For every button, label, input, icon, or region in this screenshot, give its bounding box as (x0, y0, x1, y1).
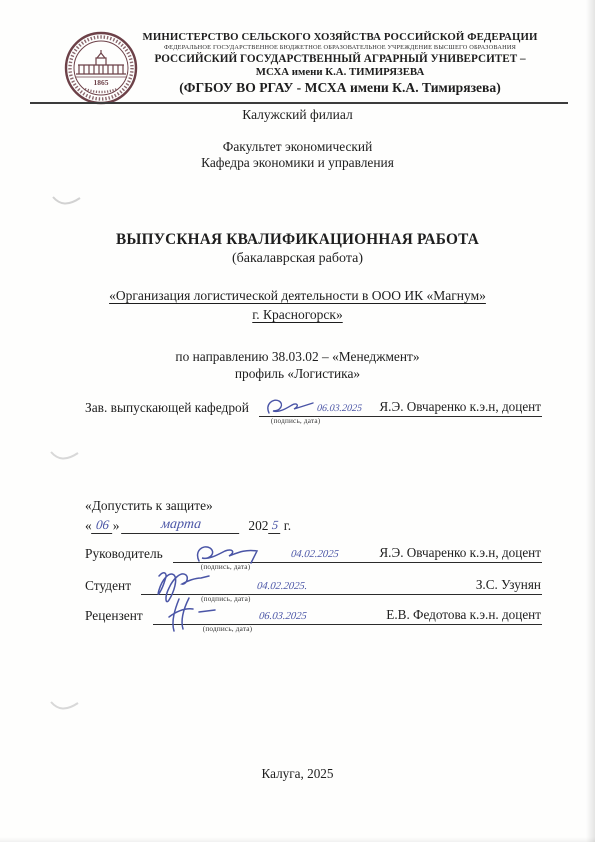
quote-close: » (113, 518, 120, 534)
signature-row-supervisor: Руководитель 04.02.2025 Я.Э. Овчаренко к… (85, 543, 542, 563)
supervisor-signature-field: 04.02.2025 Я.Э. Овчаренко к.э.н, доцент … (173, 543, 542, 563)
admit-day-handwritten: 06 (91, 517, 114, 534)
scan-mark-2 (48, 448, 88, 464)
topic-line2: г. Красногорск» (0, 307, 595, 323)
university-name-line2: МСХА имени К.А. ТИМИРЯЗЕВА (112, 66, 568, 78)
department-line: Кафедра экономики и управления (0, 155, 595, 171)
ministry-line: МИНИСТЕРСТВО СЕЛЬСКОГО ХОЗЯЙСТВА РОССИЙС… (112, 31, 568, 43)
student-name: З.С. Узунян (476, 577, 541, 593)
admit-year-handwritten: 5 (268, 518, 282, 534)
student-signature-field: 04.02.2025. З.С. Узунян (подпись, дата) (141, 575, 542, 595)
student-label: Студент (85, 578, 141, 595)
city-year-line: Калуга, 2025 (0, 766, 595, 782)
reviewer-label: Рецензент (85, 608, 153, 625)
document-header: МИНИСТЕРСТВО СЕЛЬСКОГО ХОЗЯЙСТВА РОССИЙС… (112, 31, 568, 96)
head-name: Я.Э. Овчаренко к.э.н, доцент (379, 399, 541, 415)
reviewer-signature-caption: (подпись, дата) (203, 625, 253, 633)
topic-line1: «Организация логистической деятельности … (0, 288, 595, 304)
reviewer-signature-field: 06.03.2025 Е.В. Федотова к.э.н. доцент (… (153, 605, 542, 625)
faculty-line: Факультет экономический (0, 139, 595, 155)
supervisor-label: Руководитель (85, 546, 173, 563)
signature-row-reviewer: Рецензент 06.03.2025 Е.В. Федотова к.э.н… (85, 605, 542, 625)
admit-to-defense-line: «Допустить к защите» (85, 498, 213, 514)
signature-row-student: Студент 04.02.2025. З.С. Узунян (подпись… (85, 575, 542, 595)
head-date-handwritten: 06.03.2025 (316, 403, 362, 414)
work-subtitle: (бакалаврская работа) (0, 251, 595, 267)
scan-edge-right (586, 0, 595, 842)
signature-row-head-of-department: Зав. выпускающей кафедрой 06.03.2025 Я.Э… (85, 397, 542, 417)
scan-mark-1 (50, 193, 90, 209)
student-date-handwritten: 04.02.2025. (256, 581, 307, 592)
scan-edge-bottom (0, 837, 595, 842)
admit-month-handwritten: марта (122, 517, 242, 534)
direction-line: по направлению 38.03.02 – «Менеджмент» (0, 349, 595, 365)
reviewer-name: Е.В. Федотова к.э.н. доцент (386, 607, 541, 623)
profile-line: профиль «Логистика» (0, 366, 595, 382)
admit-year-suffix: г. (284, 518, 291, 534)
university-short-name: (ФГБОУ ВО РГАУ - МСХА имени К.А. Тимиряз… (112, 80, 568, 96)
work-title: ВЫПУСКНАЯ КВАЛИФИКАЦИОННАЯ РАБОТА (0, 231, 595, 249)
header-divider (30, 102, 568, 104)
head-signature-caption: (подпись, дата) (271, 417, 321, 425)
admit-year-printed: 202 (248, 518, 268, 534)
institution-type-line: ФЕДЕРАЛЬНОЕ ГОСУДАРСТВЕННОЕ БЮДЖЕТНОЕ ОБ… (112, 44, 568, 51)
thesis-title-page: 1865 МИНИСТЕРСТВО СЕЛЬСКОГО ХОЗЯЙСТВА РО… (0, 0, 595, 842)
university-name-line1: РОССИЙСКИЙ ГОСУДАРСТВЕННЫЙ АГРАРНЫЙ УНИВ… (112, 53, 568, 66)
admit-date-line: « 06 » марта 202 5 г. (85, 516, 291, 534)
branch-name: Калужский филиал (0, 107, 595, 123)
head-label: Зав. выпускающей кафедрой (85, 400, 259, 417)
emblem-year: 1865 (94, 78, 109, 87)
supervisor-name: Я.Э. Овчаренко к.э.н, доцент (379, 545, 541, 561)
head-signature-field: 06.03.2025 Я.Э. Овчаренко к.э.н, доцент … (259, 397, 542, 417)
reviewer-date-handwritten: 06.03.2025 (258, 611, 307, 622)
supervisor-date-handwritten: 04.02.2025 (290, 549, 339, 560)
scan-mark-3 (48, 698, 88, 714)
